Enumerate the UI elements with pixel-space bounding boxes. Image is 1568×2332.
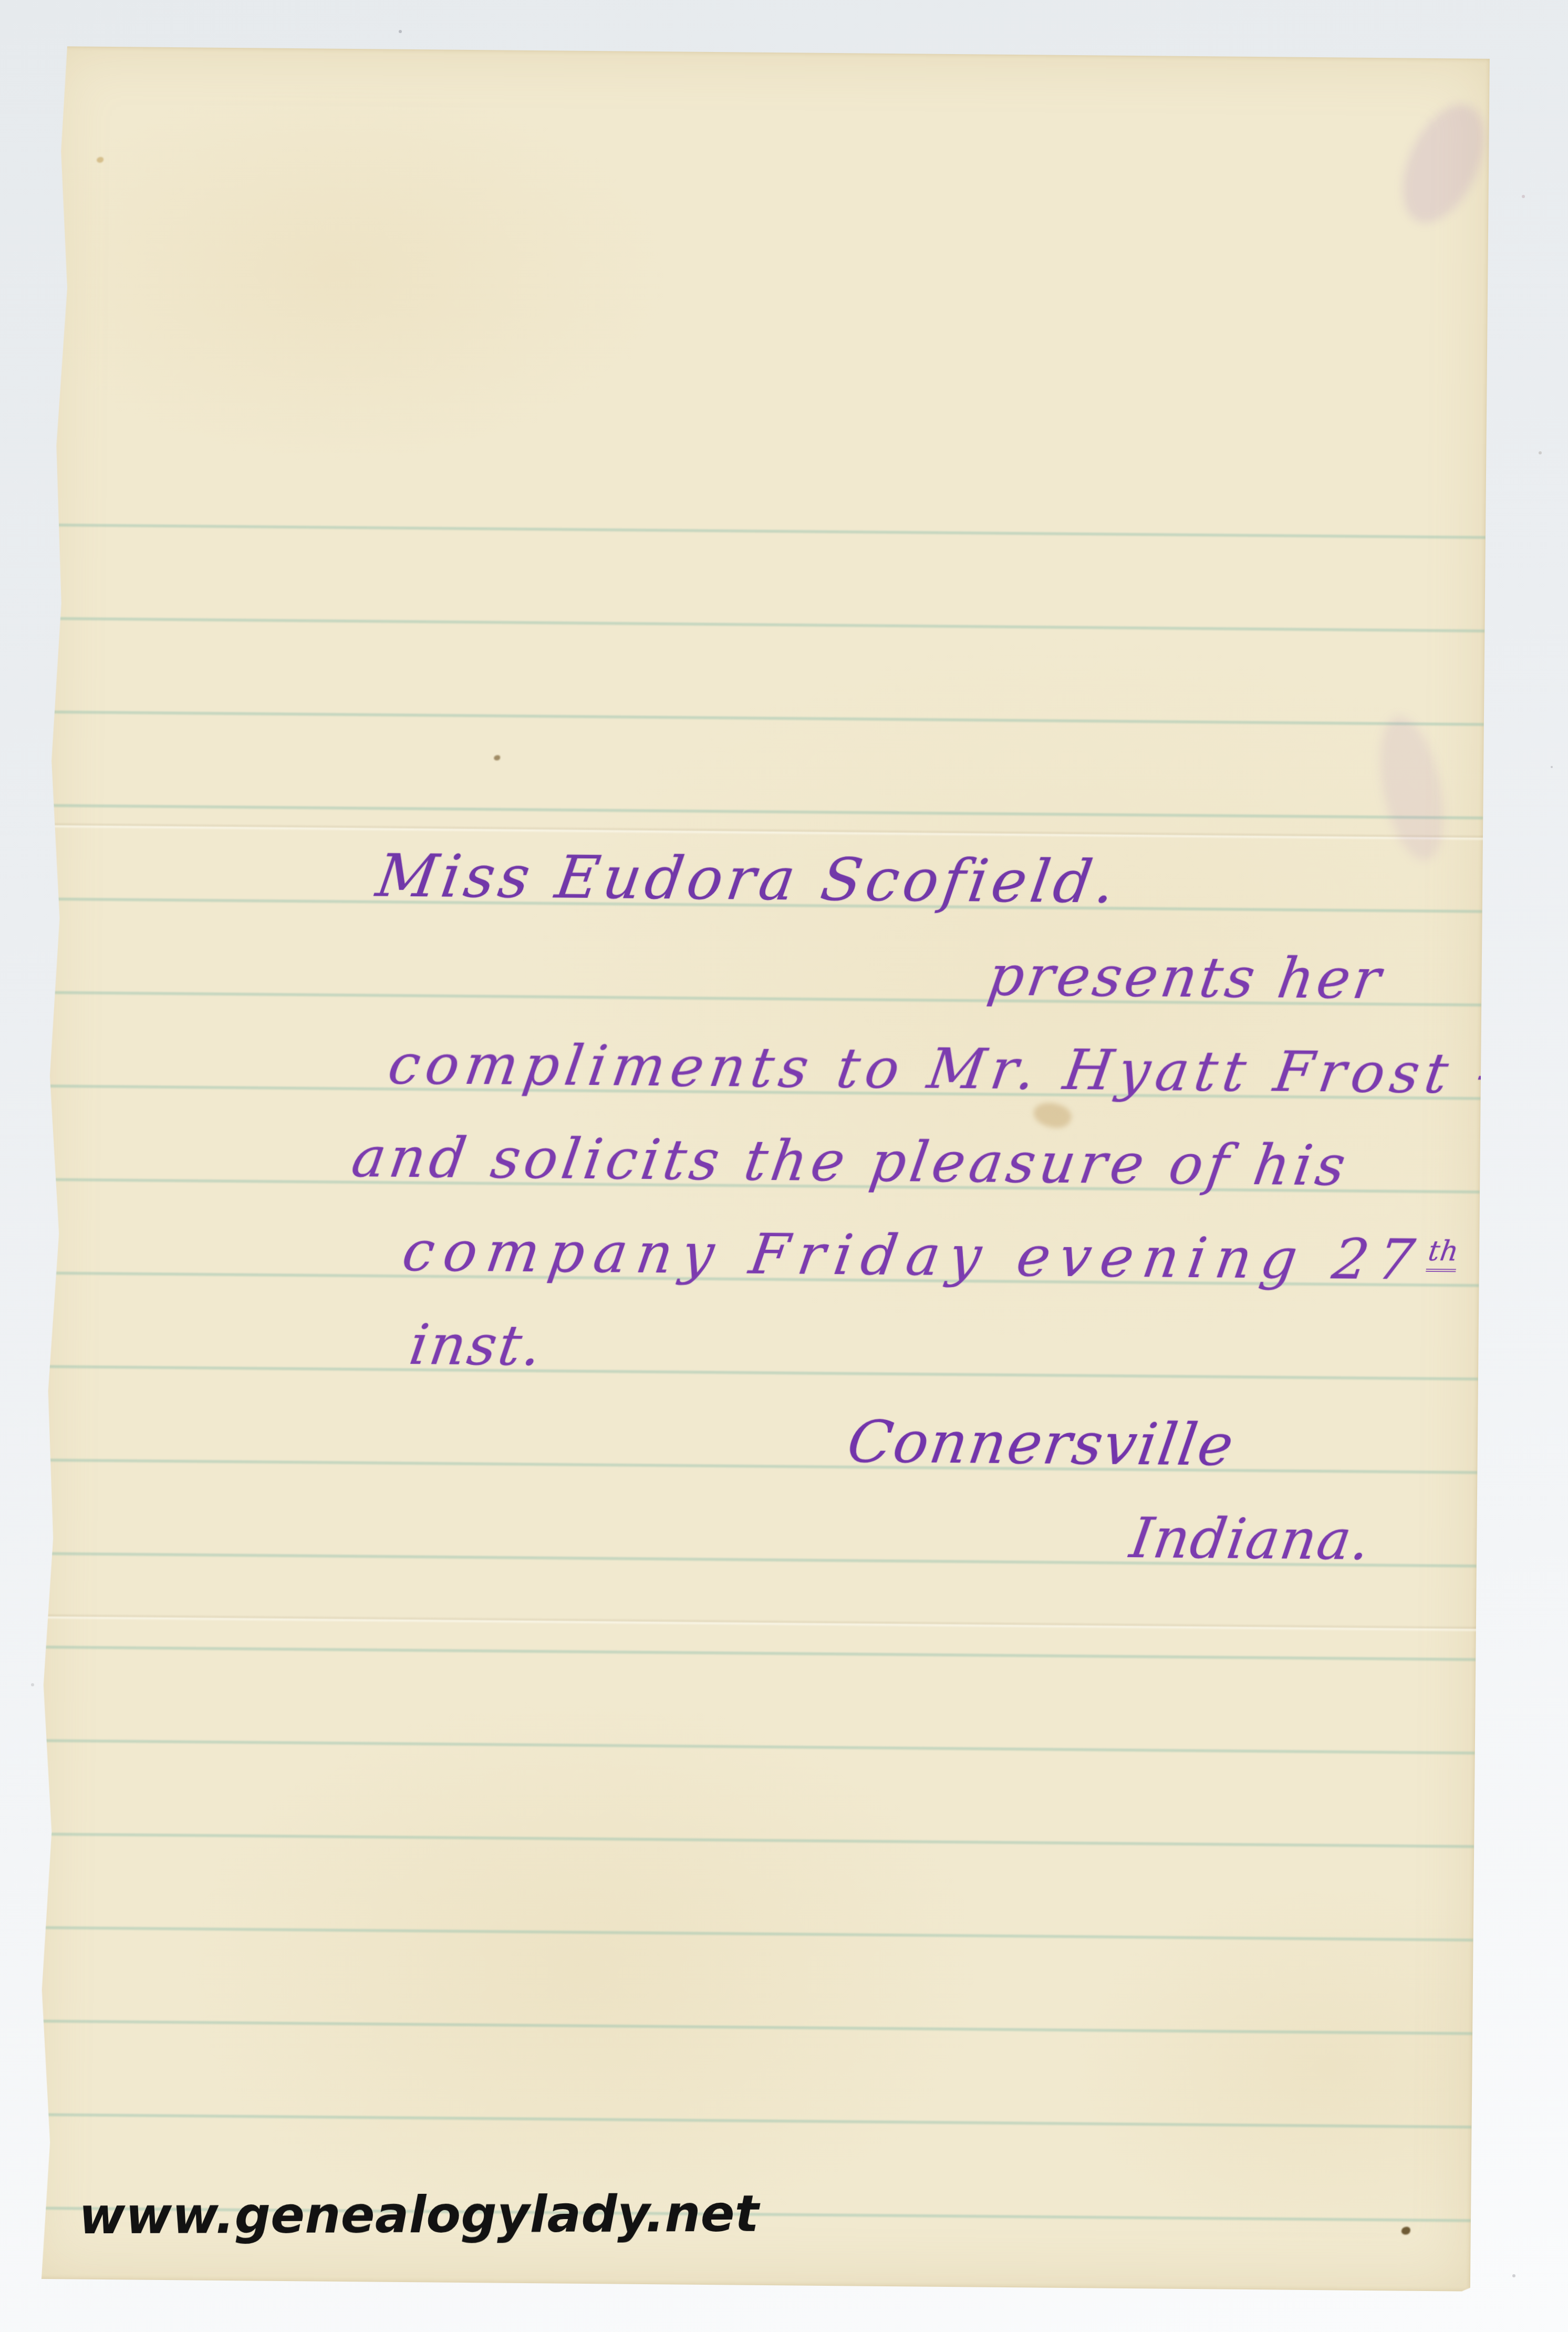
date-ordinal-superscript: th: [1426, 1235, 1461, 1272]
scanner-dust-specks: [0, 0, 2, 2]
handwritten-line-date: company Friday evening 27th: [399, 1224, 1462, 1288]
letter-paper: Miss Eudora Scofield. presents her compl…: [33, 46, 1490, 2292]
handwritten-date-text: company Friday evening 27: [398, 1219, 1428, 1292]
handwritten-line: presents her: [984, 948, 1387, 1007]
ink-transfer-smudge: [1386, 92, 1501, 235]
ruled-lines: [33, 523, 1486, 2292]
handwritten-line-recipient-name: Miss Eudora Scofield.: [373, 847, 1123, 912]
watermark-url: www.genealogylady.net: [79, 2184, 759, 2246]
handwritten-line: compliments to Mr. Hyatt Frost —: [385, 1037, 1542, 1102]
handwritten-line-inst: inst.: [406, 1317, 547, 1374]
handwritten-line-state: Indiana.: [1127, 1510, 1375, 1568]
foxing-spot: [97, 157, 103, 163]
handwritten-line-city: Connersville: [844, 1413, 1238, 1474]
handwritten-line: and solicits the pleasure of his: [348, 1129, 1353, 1194]
